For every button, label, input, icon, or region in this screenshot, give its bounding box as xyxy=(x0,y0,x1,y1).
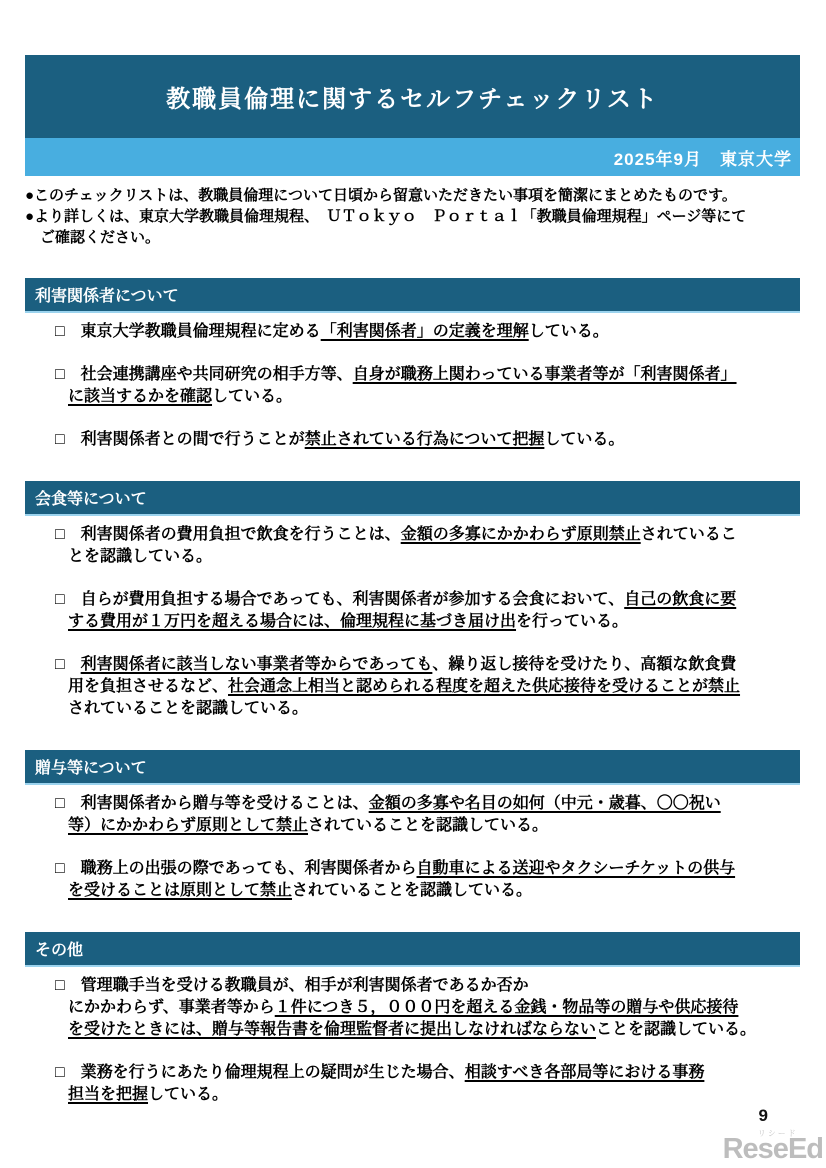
section-items: □ 利害関係者から贈与等を受けることは、金額の多寡や名目の如何（中元・歳暮、〇〇… xyxy=(25,783,800,902)
body-text: 利害関係者の費用負担で飲食を行うことは、 xyxy=(81,526,401,543)
emphasized-text: に該当するかを確認 xyxy=(68,388,212,405)
date-university-label: 2025年9月 東京大学 xyxy=(614,145,792,170)
emphasized-text: 利害関係者に該当しない事業者等からであっても xyxy=(81,656,433,673)
body-text: されていることを認識している。 xyxy=(68,700,308,717)
body-text: 東京大学教職員倫理規程に定める xyxy=(81,323,321,340)
emphasized-text: 社会通念上相当と認められる程度を超えた供応接待を受けることが禁止 xyxy=(228,678,740,695)
document-page: 教職員倫理に関するセルフチェックリスト 2025年9月 東京大学 ●このチェック… xyxy=(25,0,800,1127)
checkbox-glyph: □ xyxy=(55,323,81,340)
body-text: ことを認識している。 xyxy=(596,1021,756,1038)
body-text: 職務上の出張の際であっても、利害関係者から xyxy=(81,860,417,877)
body-text: 利害関係者から贈与等を受けることは、 xyxy=(81,795,369,812)
body-text: 管理職手当を受ける教職員が、相手が利害関係者であるか否か xyxy=(81,977,529,994)
section-items: □ 東京大学教職員倫理規程に定める「利害関係者」の定義を理解している。□ 社会連… xyxy=(25,311,800,451)
section-header: 贈与等について xyxy=(25,750,800,783)
checklist-item: □ 利害関係者から贈与等を受けることは、金額の多寡や名目の如何（中元・歳暮、〇〇… xyxy=(25,793,800,837)
body-text: にかかわらず、事業者等から xyxy=(68,999,275,1016)
section-items: □ 管理職手当を受ける教職員が、相手が利害関係者であるか否かにかかわらず、事業者… xyxy=(25,965,800,1106)
body-text: している。 xyxy=(148,1086,228,1103)
intro-line: ●このチェックリストは、教職員倫理について日頃から留意いただきたい事項を簡潔にま… xyxy=(25,185,800,206)
emphasized-text: 自身が職務上関わっている事業者等が「利害関係者」 xyxy=(353,366,737,383)
checklist-item: □ 職務上の出張の際であっても、利害関係者から自動車による送迎やタクシーチケット… xyxy=(25,858,800,902)
body-text: している。 xyxy=(212,388,292,405)
emphasized-text: 禁止されている行為について把握 xyxy=(305,431,545,448)
emphasized-text: 相談すべき各部局等における事務 xyxy=(465,1064,705,1081)
body-text: 利害関係者との間で行うことが xyxy=(81,431,305,448)
date-university-bar: 2025年9月 東京大学 xyxy=(25,138,800,176)
checklist-item: □ 管理職手当を受ける教職員が、相手が利害関係者であるか否かにかかわらず、事業者… xyxy=(25,975,800,1041)
reseed-logo-wordmark: ReseEd xyxy=(723,1133,823,1165)
emphasized-text: 等）にかかわらず原則として禁止 xyxy=(68,817,308,834)
checklist-item: □ 業務を行うにあたり倫理規程上の疑問が生じた場合、相談すべき各部局等における事… xyxy=(25,1062,800,1106)
checkbox-glyph: □ xyxy=(55,431,81,448)
intro-line: ご確認ください。 xyxy=(25,227,800,248)
reseed-watermark-logo: リシード ReseEd xyxy=(723,1130,823,1164)
checklist-item: □ 利害関係者に該当しない事業者等からであっても、繰り返し接待を受けたり、高額な… xyxy=(25,654,800,720)
emphasized-text: を受けたときには、贈与等報告書を倫理監督者に提出しなければならない xyxy=(68,1021,596,1038)
emphasized-text: を受けることは原則として禁止 xyxy=(68,882,292,899)
body-text: されていることを認識している。 xyxy=(292,882,532,899)
emphasized-text: 金額の多寡にかかわらず原則禁止 xyxy=(401,526,641,543)
checklist-section: 利害関係者について□ 東京大学教職員倫理規程に定める「利害関係者」の定義を理解し… xyxy=(25,278,800,451)
emphasized-text: 「利害関係者」の定義を理解 xyxy=(321,323,529,340)
section-items: □ 利害関係者の費用負担で飲食を行うことは、金額の多寡にかかわらず原則禁止されて… xyxy=(25,514,800,720)
checkbox-glyph: □ xyxy=(55,860,81,877)
checkbox-glyph: □ xyxy=(55,795,81,812)
body-text: 、繰り返し接待を受けたり、高額な飲食費 xyxy=(432,656,736,673)
intro-line: ●より詳しくは、東京大学教職員倫理規程、 ＵＴｏｋｙｏ Ｐｏｒｔａｌ「教職員倫理… xyxy=(25,206,800,227)
emphasized-text: 担当を把握 xyxy=(68,1086,148,1103)
body-text: 社会連携講座や共同研究の相手方等、 xyxy=(81,366,353,383)
checklist-section: 会食等について□ 利害関係者の費用負担で飲食を行うことは、金額の多寡にかかわらず… xyxy=(25,481,800,720)
checklist-item: □ 自らが費用負担する場合であっても、利害関係者が参加する会食において、自己の飲… xyxy=(25,589,800,633)
section-header: その他 xyxy=(25,932,800,965)
checkbox-glyph: □ xyxy=(55,656,81,673)
body-text: している。 xyxy=(544,431,624,448)
checklist-item: □ 東京大学教職員倫理規程に定める「利害関係者」の定義を理解している。 xyxy=(25,321,800,343)
section-header: 利害関係者について xyxy=(25,278,800,311)
emphasized-text: 金額の多寡や名目の如何（中元・歳暮、〇〇祝い xyxy=(369,795,721,812)
checklist-item: □ 利害関係者の費用負担で飲食を行うことは、金額の多寡にかかわらず原則禁止されて… xyxy=(25,524,800,568)
emphasized-text: する費用が１万円を超える場合には、倫理規程に基づき届け出 xyxy=(68,613,516,630)
checkbox-glyph: □ xyxy=(55,1064,81,1081)
body-text: 業務を行うにあたり倫理規程上の疑問が生じた場合、 xyxy=(81,1064,465,1081)
emphasized-text: 自動車による送迎やタクシーチケットの供与 xyxy=(417,860,736,877)
body-text: とを認識している。 xyxy=(68,548,212,565)
checkbox-glyph: □ xyxy=(55,591,81,608)
checklist-section: 贈与等について□ 利害関係者から贈与等を受けることは、金額の多寡や名目の如何（中… xyxy=(25,750,800,902)
checkbox-glyph: □ xyxy=(55,977,81,994)
checkbox-glyph: □ xyxy=(55,366,81,383)
checklist-section: その他□ 管理職手当を受ける教職員が、相手が利害関係者であるか否かにかかわらず、… xyxy=(25,932,800,1106)
emphasized-text: 自己の飲食に要 xyxy=(624,591,736,608)
page-number: 9 xyxy=(759,1106,768,1126)
body-text: 自らが費用負担する場合であっても、利害関係者が参加する会食において、 xyxy=(81,591,625,608)
document-title-bar: 教職員倫理に関するセルフチェックリスト xyxy=(25,55,800,138)
body-text: されていることを認識している。 xyxy=(308,817,548,834)
body-text: 用を負担させるなど、 xyxy=(68,678,228,695)
body-text: を行っている。 xyxy=(516,613,628,630)
checklist-item: □ 利害関係者との間で行うことが禁止されている行為について把握している。 xyxy=(25,429,800,451)
checklist-item: □ 社会連携講座や共同研究の相手方等、自身が職務上関わっている事業者等が「利害関… xyxy=(25,364,800,408)
body-text: されているこ xyxy=(641,526,737,543)
checkbox-glyph: □ xyxy=(55,526,81,543)
body-text: している。 xyxy=(529,323,609,340)
emphasized-text: １件につき５，０００円を超える金銭・物品等の贈与や供応接待 xyxy=(275,999,739,1016)
page-title: 教職員倫理に関するセルフチェックリスト xyxy=(166,79,659,114)
intro-notes: ●このチェックリストは、教職員倫理について日頃から留意いただきたい事項を簡潔にま… xyxy=(25,176,800,248)
section-header: 会食等について xyxy=(25,481,800,514)
checklist-sections: 利害関係者について□ 東京大学教職員倫理規程に定める「利害関係者」の定義を理解し… xyxy=(25,278,800,1106)
